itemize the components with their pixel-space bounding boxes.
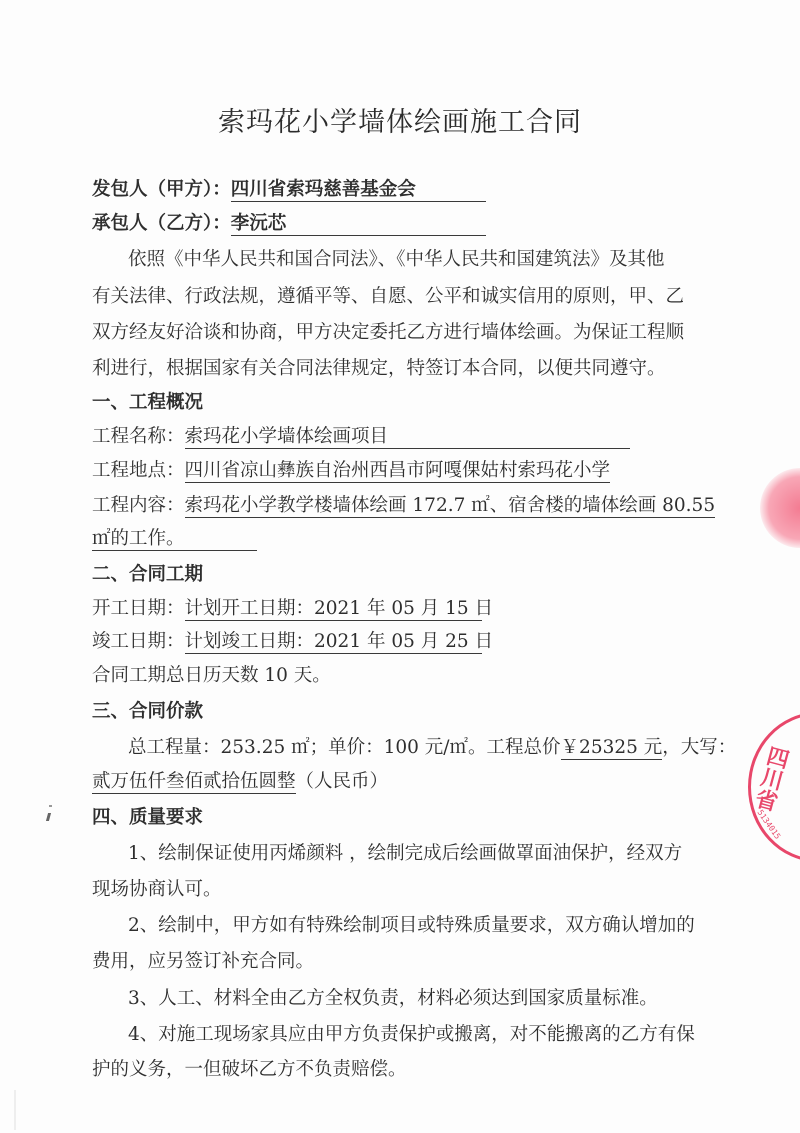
section-1-heading: 一、工程概况: [92, 391, 203, 415]
quality-item-3: 3、人工、材料全由乙方全权负责，材料必须达到国家质量标准。: [128, 987, 658, 1011]
partial-seal-mark: [760, 468, 800, 548]
start-date-label: 开工日期：: [92, 598, 185, 619]
project-name-line: 工程名称：索玛花小学墙体绘画项目: [92, 425, 630, 449]
amount-words-line: 贰万伍仟叁佰贰拾伍圆整（人民币）: [92, 770, 388, 794]
quality-item-1-line-2: 现场协商认可。: [92, 878, 222, 902]
preamble-line-4: 利进行，根据国家有关合同法律规定，特签订本合同，以便共同遵守。: [92, 357, 666, 381]
project-content-label: 工程内容：: [92, 495, 185, 516]
preamble-line-1: 依照《中华人民共和国合同法》、《中华人民共和国建筑法》及其他: [128, 248, 665, 272]
party-a-label: 发包人（甲方）：: [92, 179, 231, 200]
project-content-line: 工程内容：索玛花小学教学楼墙体绘画 172.7 ㎡、宿舍楼的墙体绘画 80.55: [92, 494, 715, 518]
party-a-value: 四川省索玛慈善基金会: [231, 179, 486, 202]
project-content-value-2: ㎡的工作。: [92, 528, 257, 551]
quality-item-4-line-2: 护的义务，一但破坏乙方不负责赔偿。: [92, 1058, 407, 1082]
scan-edge: [14, 1090, 16, 1130]
preamble-line-2: 有关法律、行政法规，遵循平等、自愿、公平和诚实信用的原则，甲、乙: [92, 285, 684, 309]
party-a-line: 发包人（甲方）：四川省索玛慈善基金会: [92, 178, 486, 202]
amount-in-words: 贰万伍仟叁佰贰拾伍圆整: [92, 771, 296, 794]
project-location-value: 四川省凉山彝族自治州西昌市阿嘎倮姑村索玛花小学: [185, 460, 611, 483]
scan-speck-small: [49, 805, 52, 807]
section-3-heading: 三、合同价款: [92, 700, 203, 724]
preamble-line-3: 双方经友好洽谈和协商，甲方决定委托乙方进行墙体绘画。为保证工程顺: [92, 321, 684, 345]
end-date-value: 计划竣工日期：2021 年 05 月 25 日: [185, 631, 482, 654]
party-b-line: 承包人（乙方）：李沅芯: [92, 212, 486, 236]
start-date-line: 开工日期：计划开工日期：2021 年 05 月 15 日: [92, 597, 482, 621]
project-location-label: 工程地点：: [92, 460, 185, 481]
end-date-label: 竣工日期：: [92, 631, 185, 652]
currency-note: （人民币）: [296, 771, 389, 792]
quality-item-4-line-1: 4、对施工现场家具应由甲方负责保护或搬离，对不能搬离的乙方有保: [128, 1023, 695, 1047]
quality-item-2-line-1: 2、绘制中，甲方如有特殊绘制项目或特殊质量要求，双方确认增加的: [128, 914, 695, 938]
price-suffix: ，大写：: [662, 737, 736, 758]
project-location-line: 工程地点：四川省凉山彝族自治州西昌市阿嘎倮姑村索玛花小学: [92, 459, 610, 483]
contract-page: 索玛花小学墙体绘画施工合同 发包人（甲方）：四川省索玛慈善基金会 承包人（乙方）…: [0, 0, 800, 1133]
section-4-heading: 四、质量要求: [92, 806, 203, 830]
project-name-label: 工程名称：: [92, 426, 185, 447]
party-b-label: 承包人（乙方）：: [92, 213, 231, 234]
project-content-line-2: ㎡的工作。: [92, 527, 257, 551]
total-days: 合同工期总日历天数 10 天。: [92, 664, 331, 688]
start-date-value: 计划开工日期：2021 年 05 月 15 日: [185, 598, 482, 621]
document-title: 索玛花小学墙体绘画施工合同: [0, 100, 800, 139]
scan-speck: [46, 813, 51, 821]
quality-item-1-line-1: 1、绘制保证使用丙烯颜料 ，绘制完成后绘画做罩面油保护，经双方: [128, 842, 682, 866]
project-name-value: 索玛花小学墙体绘画项目: [185, 426, 630, 449]
project-content-value-1: 索玛花小学教学楼墙体绘画 172.7 ㎡、宿舍楼的墙体绘画 80.55: [185, 495, 716, 518]
total-price: ￥25325 元: [561, 737, 663, 760]
quality-item-2-line-2: 费用，应另签订补充合同。: [92, 950, 314, 974]
party-b-value: 李沅芯: [231, 213, 486, 236]
end-date-line: 竣工日期：计划竣工日期：2021 年 05 月 25 日: [92, 630, 482, 654]
price-line: 总工程量：253.25 ㎡；单价：100 元/㎡。工程总价￥25325 元，大写…: [128, 736, 736, 760]
price-prefix: 总工程量：253.25 ㎡；单价：100 元/㎡。工程总价: [128, 737, 561, 758]
section-2-heading: 二、合同工期: [92, 563, 203, 587]
